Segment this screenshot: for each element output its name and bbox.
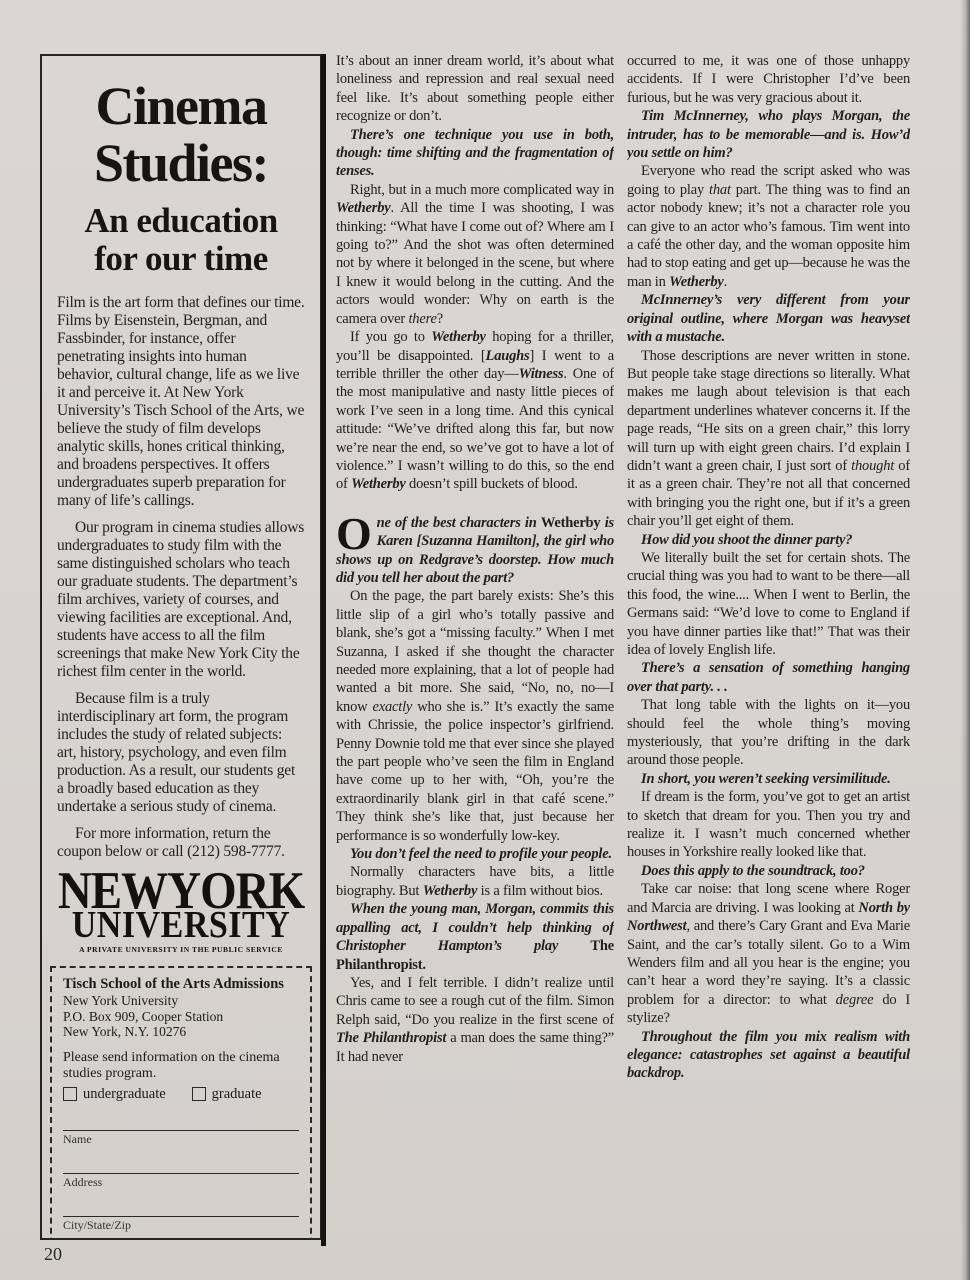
article-column-1: It’s about an inner dream world, it’s ab… [336,52,614,1257]
drop-cap: O [336,514,377,550]
checkbox-graduate: graduate [192,1086,262,1103]
interview-question: There’s one technique you use in both, t… [336,126,614,181]
checkbox-icon [63,1087,77,1101]
ad-paragraph: For more information, return the coupon … [57,825,305,861]
checkbox-undergraduate: undergraduate [63,1086,166,1103]
city-state-zip-field: City/State/Zip [63,1216,299,1232]
scan-edge-shadow [960,0,970,1280]
interview-question: Tim McInnerney, who plays Morgan, the in… [627,107,910,162]
interview-answer: If dream is the form, you’ve got to get … [627,788,910,862]
interview-question: McInnerney’s very different from your or… [627,291,910,346]
interview-question: Does this apply to the soundtrack, too? [627,862,910,880]
interview-answer: That long table with the lights on it—yo… [627,696,910,770]
interview-question: How did you shoot the dinner party? [627,531,910,549]
coupon-address-line: New York University [63,993,299,1009]
checkbox-icon [192,1087,206,1101]
address-field: Address [63,1173,299,1189]
interview-answer: occurred to me, it was one of those unha… [627,52,910,107]
nyu-cinema-studies-ad: Cinema Studies: An education for our tim… [40,54,322,1240]
checkbox-label: graduate [212,1086,262,1103]
ad-paragraph: Film is the art form that defines our ti… [57,294,305,510]
interview-answer: Those descriptions are never written in … [627,347,910,531]
field-label: Name [63,1131,299,1146]
interview-answer: If you go to Wetherby hoping for a thril… [336,328,614,494]
ad-title: Cinema Studies: [57,78,305,192]
interview-answer: Right, but in a much more complicated wa… [336,181,614,328]
ad-title-line: Studies: [57,135,305,192]
coupon-address-line: New York, N.Y. 10276 [63,1024,299,1040]
interview-answer: Normally characters have bits, a little … [336,863,614,900]
field-label: Address [63,1174,299,1189]
column-divider-rule [321,54,326,1246]
coupon-heading: Tisch School of the Arts Admissions [63,976,299,993]
interview-answer: Everyone who read the script asked who w… [627,162,910,291]
ad-subtitle-line: An education [57,202,305,240]
checkbox-label: undergraduate [83,1086,166,1103]
coupon-address-line: P.O. Box 909, Cooper Station [63,1009,299,1025]
interview-answer: Yes, and I felt terrible. I didn’t reali… [336,974,614,1066]
ad-subtitle-line: for our time [57,240,305,278]
ad-paragraph: Our program in cinema studies allows und… [57,519,305,681]
interview-answer: It’s about an inner dream world, it’s ab… [336,52,614,126]
page-number: 20 [44,1244,62,1265]
interview-question: Throughout the film you mix realism with… [627,1028,910,1083]
coupon-legal: New York University is an affirmative ac… [63,1239,299,1241]
ad-subtitle: An education for our time [57,202,305,278]
interview-question: One of the best characters in Wetherby i… [336,514,614,588]
legal-text: New York University is an affirmative ac… [63,1239,288,1241]
interview-answer: On the page, the part barely exists: She… [336,587,614,845]
coupon-checkboxes: undergraduate graduate [63,1086,299,1103]
magazine-page: Cinema Studies: An education for our tim… [0,0,970,1280]
name-field: Name [63,1130,299,1146]
ad-body: Film is the art form that defines our ti… [57,294,305,861]
interview-question: There’s a sensation of something hanging… [627,659,910,696]
interview-question: When the young man, Morgan, commits this… [336,900,614,974]
nyu-logo-tagline: A PRIVATE UNIVERSITY IN THE PUBLIC SERVI… [57,945,305,954]
mail-in-coupon: Tisch School of the Arts Admissions New … [50,966,312,1240]
field-label: City/State/Zip [63,1217,299,1232]
nyu-logo: NEWYORK UNIVERSITY A PRIVATE UNIVERSITY … [57,861,305,954]
coupon-request-text: Please send information on the cinema st… [63,1050,299,1082]
interview-question: In short, you weren’t seeking versimilit… [627,770,910,788]
article-column-2: occurred to me, it was one of those unha… [627,52,910,1262]
ad-title-line: Cinema [57,78,305,135]
nyu-logo-line2: UNIVERSITY [57,909,305,943]
ad-paragraph: Because film is a truly interdisciplinar… [57,690,305,816]
interview-answer: We literally built the set for certain s… [627,549,910,659]
interview-answer: Take car noise: that long scene where Ro… [627,880,910,1027]
interview-question: You don’t feel the need to profile your … [336,845,614,863]
